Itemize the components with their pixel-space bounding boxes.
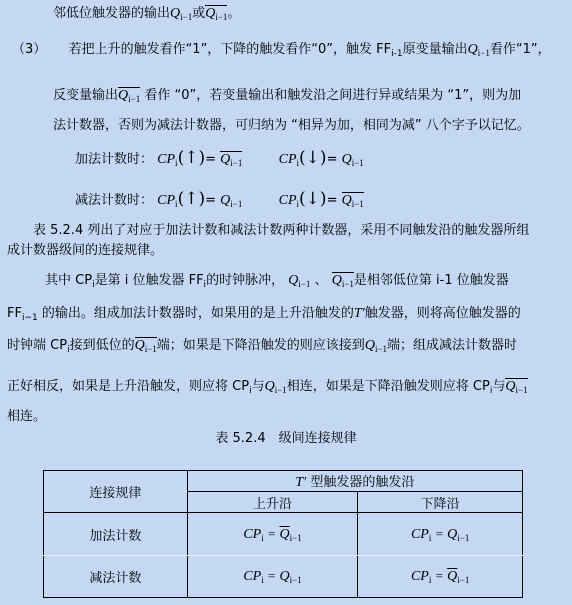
text-line-2: （3） 若把上升的触发看作“1”，下降的触发看作“0”，触发 FFi-1原变量输… [12,41,551,59]
text: FF [7,306,22,321]
text: 接到低位的 [70,338,135,353]
up-arrow-icon: ↑ [184,189,198,209]
math-q: Qi−1 [365,338,387,353]
math-q-bar: Qi−1 [342,192,364,208]
row-label: 加法计数 [44,513,188,556]
math-q: Qi−1 [288,273,310,288]
table-row: 加法计数 CPi = Qi−1 CPi = Qi−1 [44,513,523,556]
text-line-7: 表 5.2.4 列出了对应于加法计数和减法计数两种计数器，采用不同触发沿的触发器… [33,222,529,240]
label: 减法计数时： [75,193,153,208]
math-q-bar: Qi−1 [135,337,157,353]
eq: = [205,193,216,208]
text: 相连，如果是下降沿触发则应将 CP [287,379,490,394]
text: 看作 “0”，若变量输出和触发沿之间进行异或结果为 “1”，则为加 [144,88,521,103]
text: 若把上升的触发看作“1”，下降的触发看作“0”，触发 FF [69,42,392,57]
cell-formula: CPi = Qi−1 [358,513,523,556]
text: 与 [252,379,265,394]
down-arrow-icon: ↓ [306,189,320,209]
col-fall: 下降沿 [358,492,523,513]
cell-formula: CPi = Qi−1 [358,556,523,598]
math-q-bar: Qi−1 [118,87,140,103]
col-rise: 上升沿 [187,492,358,513]
cell-formula: CPi = Qi−1 [187,513,358,556]
text: 相连。 [7,409,46,424]
separator: 、 [315,273,328,288]
math-q-bar: Qi−1 [505,378,527,394]
text-line-11: 时钟端 CPi接到低位的Qi−1端；如果是下降沿触发的则应该接到Qi−1端；组成… [7,337,517,355]
text: 看作“1”， [490,42,551,57]
text-line-10: FFi−1 的输出。组成加法计数器时，如果用的是上升沿触发的T′触发器，则将高位… [7,305,521,323]
math-q-bar: Qi−1 [332,272,354,288]
text: 法计数器，否则为减法计数器，可归纳为 “相异为加，相同为减” 八个字予以记忆。 [53,118,530,133]
connection-rules-table: 连接规律 T′ 型触发器的触发沿 上升沿 下降沿 加法计数 CPi = Qi−1… [43,470,523,598]
math-q: Qi−1 [220,193,242,208]
text: 端；如果是下降沿触发的则应该接到 [157,338,365,353]
text-line-9: 其中 CPi是第 i 位触发器 FFi的时钟脉冲， Qi−1 、 Qi−1是相邻… [45,272,509,290]
math-cp-up: CPi [157,193,177,208]
text: 端；组成减法计数器时 [387,338,517,353]
text: 正好相反，如果是上升沿触发，则应将 CP [7,379,249,394]
text: 原变量输出 [403,42,468,57]
math-q: Qi−1 [468,42,490,57]
math-q: Qi−1 [342,152,364,167]
text-line-12: 正好相反，如果是上升沿触发，则应将 CPi与Qi−1相连，如果是下降沿触发则应将… [7,378,528,396]
text: 表 5.2.4 列出了对应于加法计数和减法计数两种计数器，采用不同触发沿的触发器… [33,223,529,238]
text-line-13: 相连。 [7,408,46,426]
text: 。 [227,6,240,21]
header-rule: 连接规律 [44,471,188,513]
text-line-3: 反变量输出Qi−1 看作 “0”，若变量输出和触发沿之间进行异或结果为 “1”，… [53,87,521,105]
math-tprime: T′ [354,306,365,321]
header-group: T′ 型触发器的触发沿 [187,471,522,492]
table-row: 减法计数 CPi = Qi−1 CPi = Qi−1 [44,556,523,598]
row-label: 减法计数 [44,556,188,598]
eq: = [327,193,338,208]
text: 是第 i 位触发器 FF [95,273,204,288]
item-number: （3） [12,42,46,57]
text: 的时钟脉冲， [206,273,284,288]
cell-formula: CPi = Qi−1 [187,556,358,598]
math-q: Qi−1 [265,379,287,394]
text: 其中 CP [45,273,92,288]
formula-add: 加法计数时： CPi(↑)= Qi−1 CPi(↓)= Qi−1 [75,149,364,167]
text: 时钟端 CP [7,338,67,353]
text: 型触发器的触发沿 [310,475,414,490]
math-cp-down: CPi [279,193,299,208]
eq: = [205,152,216,167]
text: 反变量输出 [53,88,118,103]
subscript: i-1 [391,49,402,59]
math-cp-up: CPi [157,152,177,167]
text: 与 [492,379,505,394]
math-q-bar: Qi−1 [220,151,242,167]
math-tprime: T′ [295,475,306,490]
text: 成计数器级间的连接规律。 [7,243,163,258]
text: 是相邻低位第 i-1 位触发器 [354,273,509,288]
math-q-bar: Qi−1 [205,5,227,21]
eq: = [327,152,338,167]
text-line-1: 邻低位触发器的输出Qi−1或Qi−1。 [53,5,240,23]
formula-sub: 减法计数时： CPi(↑)= Qi−1 CPi(↓)= Qi−1 [75,190,364,208]
text: 的输出。组成加法计数器时，如果用的是上升沿触发的 [38,306,354,321]
text-line-4: 法计数器，否则为减法计数器，可归纳为 “相异为加，相同为减” 八个字予以记忆。 [53,117,530,135]
math-cp-down: CPi [279,152,299,167]
text: 或 [192,6,205,21]
text: 邻低位触发器的输出 [53,6,170,21]
table-caption: 表 5.2.4 级间连接规律 [0,430,572,448]
text: 触发器，则将高位触发器的 [365,306,521,321]
label: 加法计数时： [75,152,153,167]
math-q: Qi−1 [170,6,192,21]
up-arrow-icon: ↑ [184,148,198,168]
down-arrow-icon: ↓ [306,148,320,168]
text-line-8: 成计数器级间的连接规律。 [7,242,163,260]
